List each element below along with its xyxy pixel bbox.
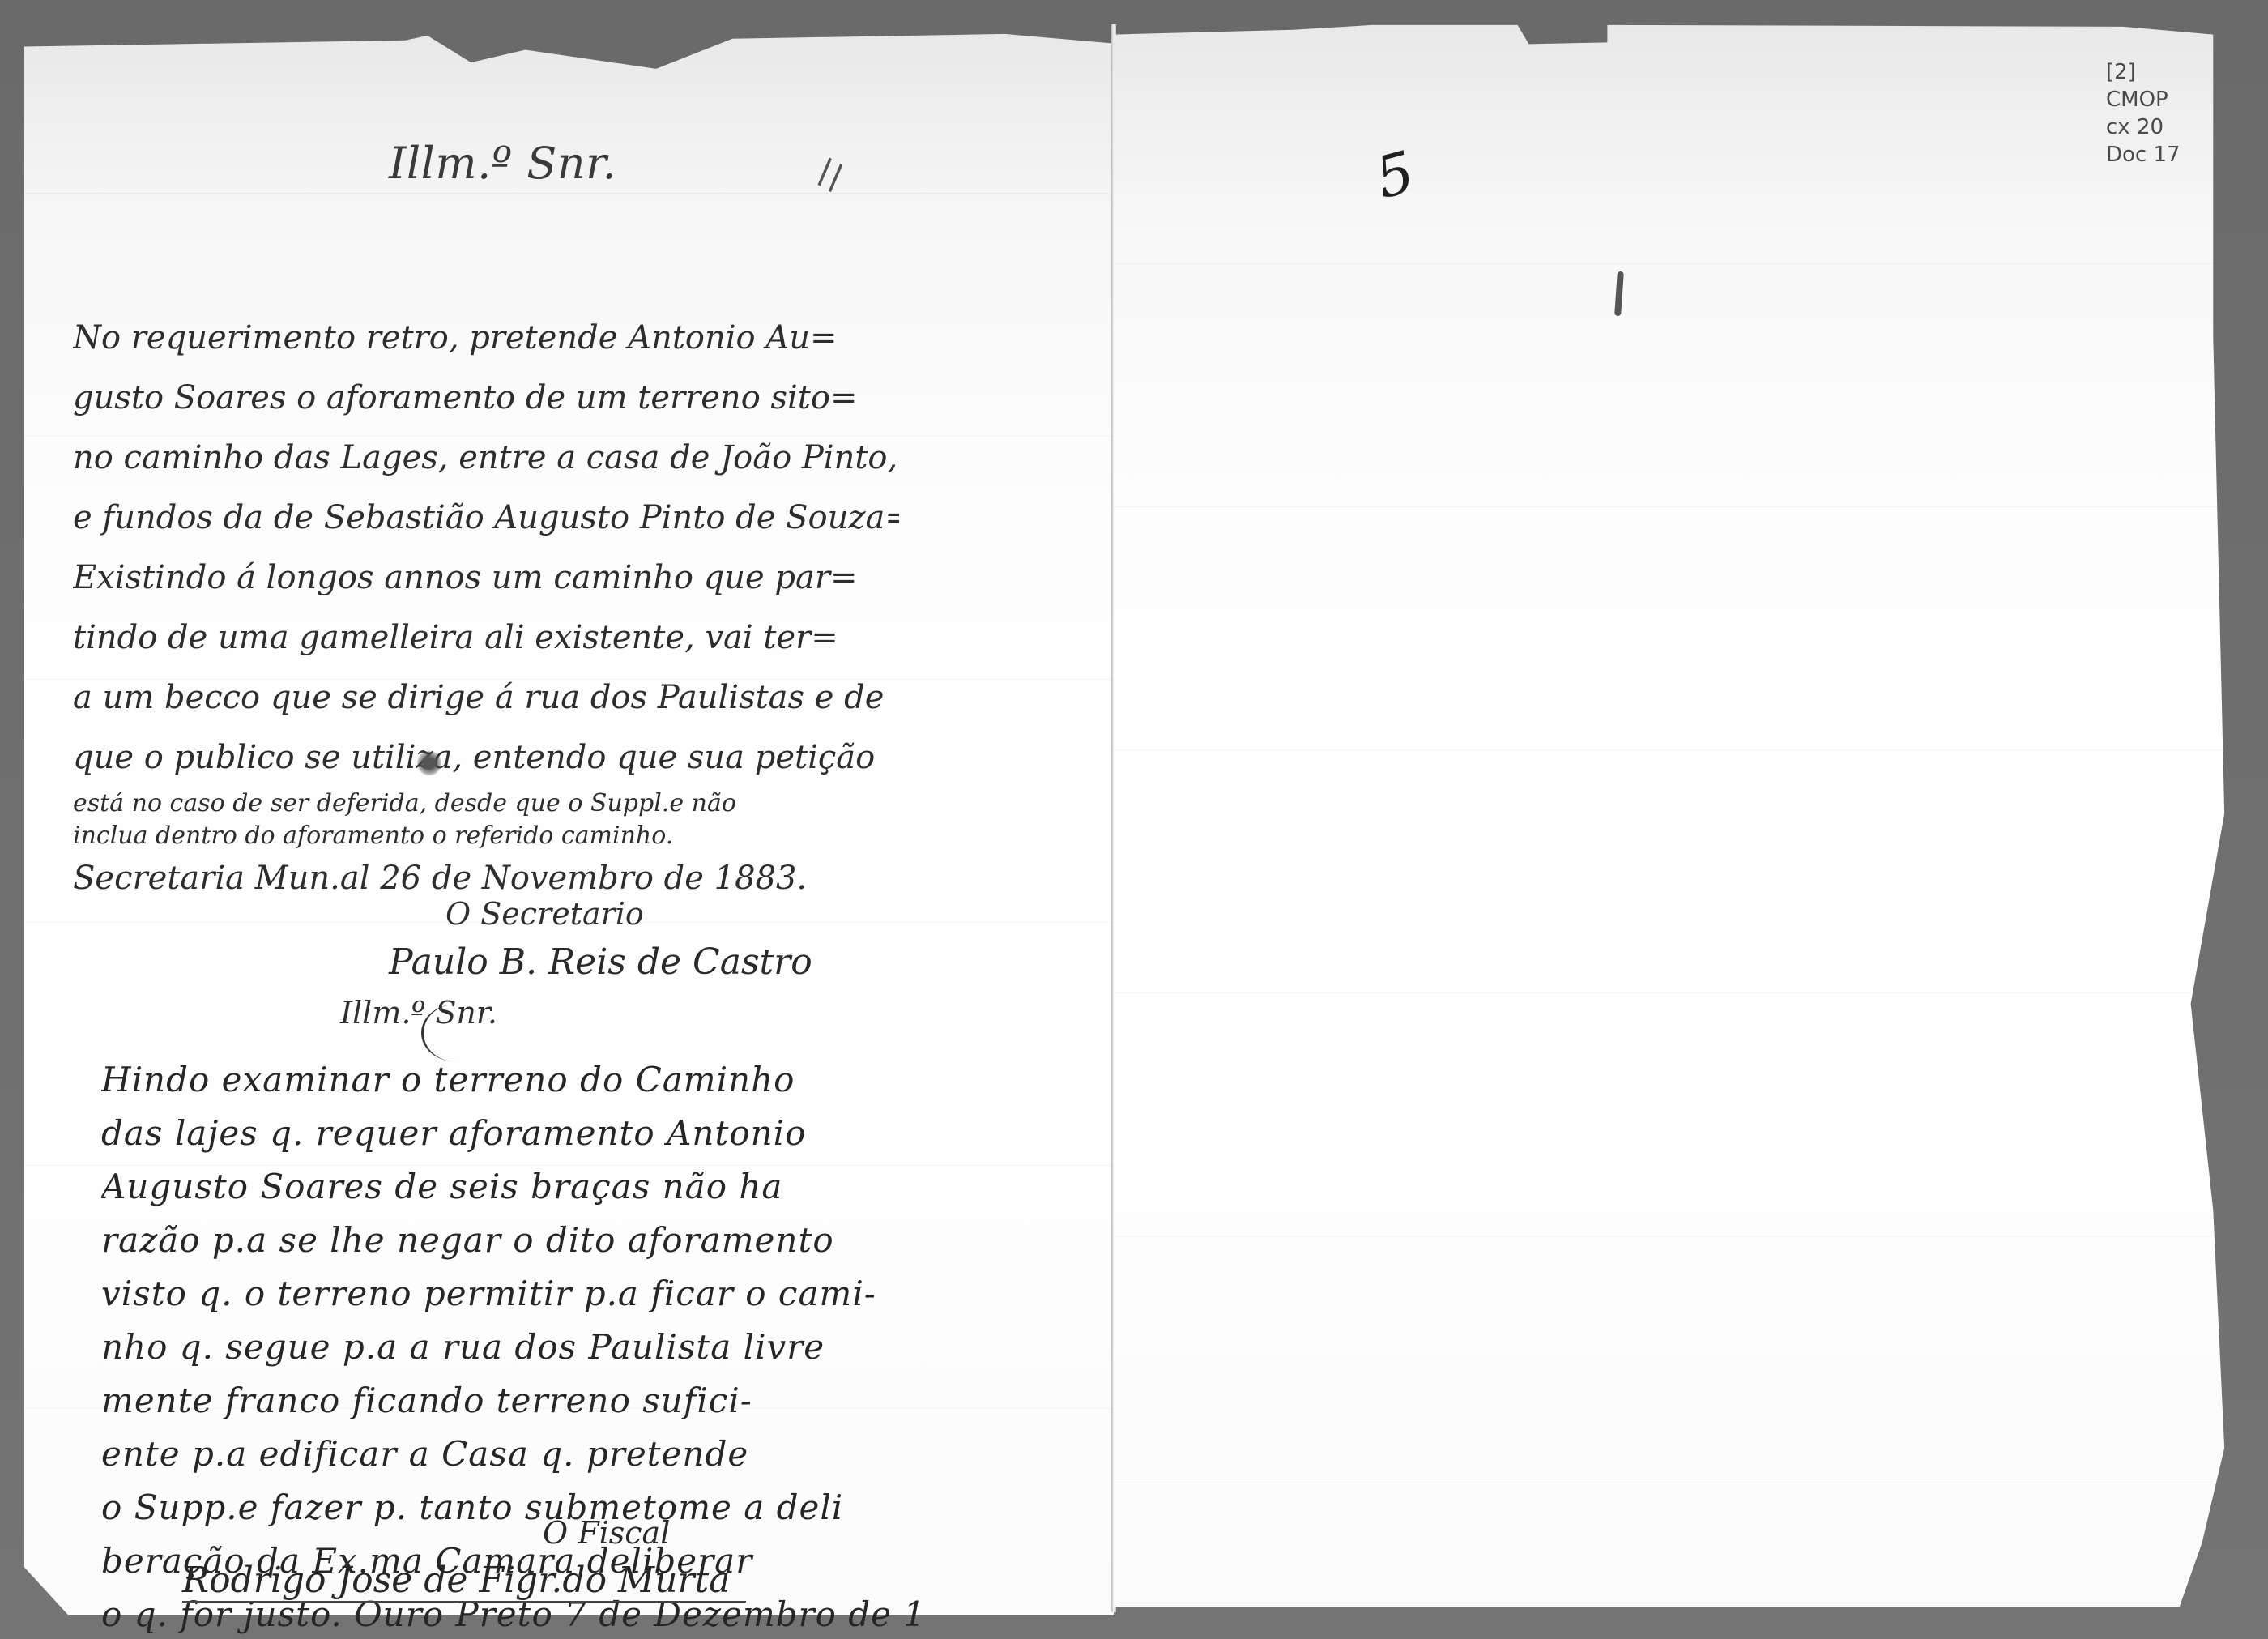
opinion-line: a um becco que se dirige á rua dos Pauli… [73, 668, 899, 728]
opinion-line: inclua dentro do aforamento o referido c… [73, 820, 899, 852]
opinion-line: tindo de uma gamelleira ali existente, v… [73, 608, 899, 668]
document-scan: Illm.º Snr. \\ No requerimento retro, pr… [0, 0, 2268, 1639]
fiscal-report: Hindo examinar o terreno do Caminho das … [101, 1053, 919, 1639]
ink-blot [417, 749, 441, 777]
signature-title: O Secretario [446, 891, 907, 937]
report-line: o Supp.e fazer p. tanto submetome a deli [101, 1481, 919, 1534]
report-line: mente franco ficando terreno sufici- [101, 1374, 919, 1428]
report-line: nho q. segue p.a a rua dos Paulista livr… [101, 1321, 919, 1374]
archive-label: [2] CMOP cx 20 Doc 17 [2106, 58, 2181, 169]
archive-label-line: Doc 17 [2106, 141, 2181, 169]
report-line: visto q. o terreno permitir p.a ficar o … [101, 1267, 919, 1321]
right-page [1114, 20, 2236, 1607]
report-line: razão p.a se lhe negar o dito aforamento [101, 1214, 919, 1267]
fiscal-title: O Fiscal [543, 1515, 670, 1551]
salutation: Illm.º Snr. [389, 138, 616, 189]
fiscal-signature: Rodrigo Jose de Figr.do Murta [182, 1560, 746, 1603]
opinion-line: e fundos da de Sebastião Augusto Pinto d… [73, 488, 899, 548]
opinion-line: está no caso de ser deferida, desde que … [73, 787, 899, 820]
secretary-signature: O Secretario Paulo B. Reis de Castro Ill… [340, 891, 907, 1037]
opinion-line: gusto Soares o aforamento de um terreno … [73, 368, 899, 428]
opinion-line: No requerimento retro, pretende Antonio … [73, 308, 899, 368]
secretary-opinion: No requerimento retro, pretende Antonio … [73, 308, 899, 904]
report-line: das lajes q. requer aforamento Antonio [101, 1107, 919, 1160]
archive-label-line: CMOP [2106, 86, 2181, 113]
report-line: Hindo examinar o terreno do Caminho [101, 1053, 919, 1107]
archive-label-line: [2] [2106, 58, 2181, 86]
opinion-line: Existindo á longos annos um caminho que … [73, 548, 899, 608]
archive-label-line: cx 20 [2106, 113, 2181, 141]
opinion-line: no caminho das Lages, entre a casa de Jo… [73, 428, 899, 488]
report-line: ente p.a edificar a Casa q. pretende [101, 1428, 919, 1481]
signature-name: Paulo B. Reis de Castro [389, 937, 907, 988]
opinion-line: que o publico se utiliza, entendo que su… [73, 728, 899, 787]
report-line: Augusto Soares de seis braças não ha [101, 1160, 919, 1214]
